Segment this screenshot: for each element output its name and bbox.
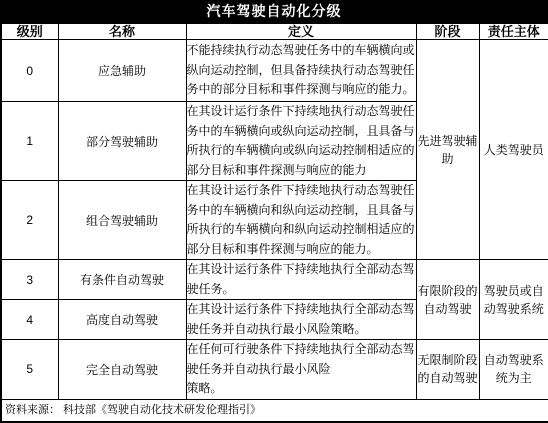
definition-cell: 在任何可行驶条件下持续地执行全部动态驾驶任务并自动执行最小风险 策略。 [186,340,416,400]
header-responsible: 责任主体 [479,23,548,40]
header-definition: 定义 [186,23,416,40]
table-row: 3 有条件自动驾驶 在其设计运行条件下持续地执行全部动态驾驶任务。 有限阶段的自… [1,260,548,300]
header-stage: 阶段 [416,23,479,40]
header-row: 级别 名称 定义 阶段 责任主体 [1,23,548,40]
name-cell: 部分驾驶辅助 [58,102,186,181]
level-cell: 4 [1,300,58,340]
automation-levels-table: 汽车驾驶自动化分级 级别 名称 定义 阶段 责任主体 0 应急辅助 不能持续执行… [0,0,548,406]
definition-cell: 不能持续执行动态驾驶任务中的车辆横向或纵向运动控制，但具备持续执行动态驾驶任务中… [186,40,416,102]
responsible-cell: 驾驶员或自动驾驶系统 [479,260,548,340]
name-cell: 组合驾驶辅助 [58,181,186,260]
level-cell: 0 [1,40,58,102]
level-cell: 3 [1,260,58,300]
source-note: 资料来源： 科技部《驾驶自动化技术研发伦理指引》 [1,399,548,422]
table-title: 汽车驾驶自动化分级 [0,0,548,22]
stage-cell: 有限阶段的自动驾驶 [416,260,479,340]
responsible-cell: 人类驾驶员 [479,40,548,260]
header-level: 级别 [1,23,58,40]
name-cell: 应急辅助 [58,40,186,102]
stage-cell: 先进驾驶辅助 [416,40,479,260]
level-cell: 1 [1,102,58,181]
name-cell: 高度自动驾驶 [58,300,186,340]
header-name: 名称 [58,23,186,40]
level-cell: 2 [1,181,58,260]
level-cell: 5 [1,340,58,400]
table-row: 5 完全自动驾驶 在任何可行驶条件下持续地执行全部动态驾驶任务并自动执行最小风险… [1,340,548,400]
stage-cell: 无限制阶段的自动驾驶 [416,340,479,400]
source-row: 资料来源： 科技部《驾驶自动化技术研发伦理指引》 [1,399,548,422]
definition-cell: 在其设计运行条件下持续地执行全部动态驾驶任务并自动执行最小风险策略。 [186,300,416,340]
table-row: 0 应急辅助 不能持续执行动态驾驶任务中的车辆横向或纵向运动控制，但具备持续执行… [1,40,548,102]
name-cell: 完全自动驾驶 [58,340,186,400]
definition-cell: 在其设计运行条件下持续地执行动态驾驶任务中的车辆横向或纵向运动控制，且具备与所执… [186,102,416,181]
levels-grid: 级别 名称 定义 阶段 责任主体 0 应急辅助 不能持续执行动态驾驶任务中的车辆… [0,22,548,423]
responsible-cell: 自动驾驶系统为主 [479,340,548,400]
definition-cell: 在其设计运行条件下持续地执行动态驾驶任务中的车辆横向和纵向运动控制，且具备与所执… [186,181,416,260]
definition-cell: 在其设计运行条件下持续地执行全部动态驾驶任务。 [186,260,416,300]
name-cell: 有条件自动驾驶 [58,260,186,300]
